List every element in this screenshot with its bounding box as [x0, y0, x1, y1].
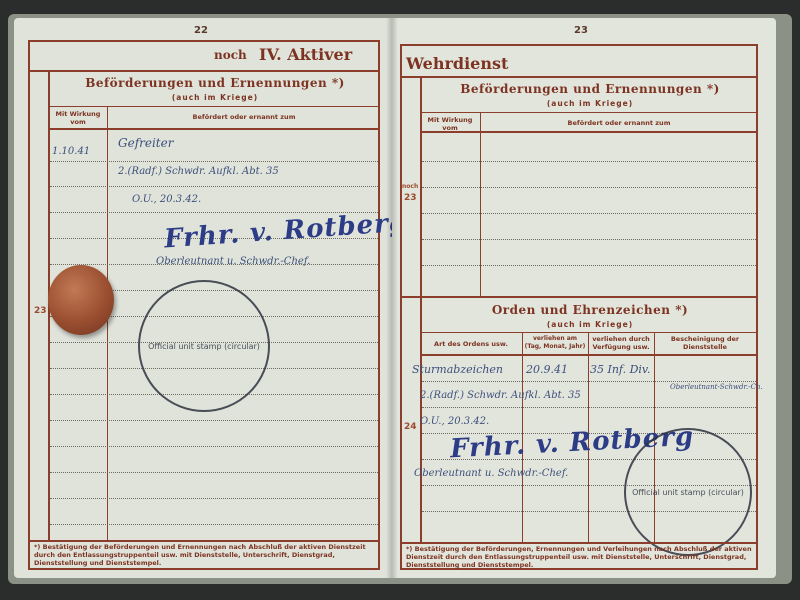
- column-line: [480, 112, 481, 296]
- award-unit: 2.(Radf.) Schwdr. Aufkl. Abt. 35: [420, 390, 581, 401]
- page-number: 22: [194, 25, 208, 36]
- footnote: *) Bestätigung der Beförderungen, Ernenn…: [406, 545, 754, 569]
- divider: [420, 131, 758, 133]
- column-header-date: Mit Wirkung vom: [422, 116, 478, 132]
- ruled-line: [50, 472, 378, 473]
- ruled-line: [422, 187, 756, 188]
- divider: [48, 128, 380, 130]
- ruled-line: [50, 161, 378, 162]
- row-number: 24: [404, 422, 417, 432]
- ruled-line: [50, 186, 378, 187]
- stamp-label: Official unit stamp (circular): [632, 488, 744, 497]
- divider: [48, 106, 380, 107]
- section-title: Beförderungen und Ernennungen *): [50, 76, 380, 90]
- stamp-label: Official unit stamp (circular): [148, 342, 260, 351]
- ruled-line: [422, 407, 756, 408]
- awards-subtitle: (auch im Kriege): [422, 320, 758, 329]
- column-header-certification: Bescheinigung der Dienststelle: [656, 335, 754, 351]
- column-header-by: verliehen durch Verfügung usw.: [590, 335, 652, 351]
- coin: [48, 265, 114, 335]
- entry-date: 1.10.41: [52, 146, 90, 157]
- column-header-rank: Befördert oder ernannt zum: [110, 113, 378, 121]
- entry-unit: 2.(Radf.) Schwdr. Aufkl. Abt. 35: [118, 166, 279, 177]
- award-date: 20.9.41: [526, 363, 568, 376]
- ruled-line: [422, 213, 756, 214]
- entry-place-date: O.U., 20.3.42.: [132, 194, 201, 205]
- row-number: 23: [404, 193, 417, 203]
- divider: [28, 70, 380, 72]
- ruled-line: [422, 381, 756, 382]
- award-by: 35 Inf. Div.: [590, 363, 650, 376]
- footnote: *) Bestätigung der Beförderungen und Ern…: [34, 543, 374, 567]
- ruled-line: [50, 420, 378, 421]
- divider: [28, 540, 380, 542]
- column-header-award: Art des Ordens usw.: [422, 340, 520, 348]
- signer-title: Oberleutnant u. Schwdr.-Chef.: [156, 256, 310, 267]
- ruled-line: [422, 161, 756, 162]
- ruled-line: [422, 265, 756, 266]
- header-prefix: noch: [214, 48, 247, 62]
- divider: [400, 296, 758, 298]
- promotions-title: Beförderungen und Ernennungen *): [422, 82, 758, 96]
- awards-title: Orden und Ehrenzeichen *): [422, 303, 758, 317]
- entry-rank: Gefreiter: [118, 136, 173, 150]
- signer-title: Oberleutnant u. Schwdr.-Chef.: [414, 468, 568, 479]
- divider: [420, 354, 758, 356]
- ruled-line: [50, 524, 378, 525]
- award-place-date: O.U., 20.3.42.: [420, 416, 489, 427]
- divider: [420, 332, 758, 333]
- column-header-date: verliehen am (Tag, Monat, Jahr): [524, 335, 586, 351]
- book-gutter: [386, 18, 398, 578]
- column-header-date: Mit Wirkung vom: [50, 110, 106, 126]
- column-header-rank: Befördert oder ernannt zum: [482, 119, 756, 127]
- page-number: 23: [574, 25, 588, 36]
- ruled-line: [50, 446, 378, 447]
- promotions-subtitle: (auch im Kriege): [422, 99, 758, 108]
- award-certification: Oberleutnant-Schwdr.-Ch.: [670, 383, 763, 391]
- section-subtitle: (auch im Kriege): [50, 93, 380, 102]
- official-stamp: Official unit stamp (circular): [138, 280, 270, 412]
- header-title: Wehrdienst: [406, 54, 508, 73]
- column-line: [107, 106, 108, 540]
- divider: [400, 542, 758, 544]
- divider: [420, 112, 758, 113]
- award-name: Sturmabzeichen: [412, 363, 503, 376]
- row-prefix: noch: [402, 183, 418, 190]
- ruled-line: [422, 239, 756, 240]
- ruled-line: [50, 498, 378, 499]
- official-stamp: Official unit stamp (circular): [624, 428, 752, 556]
- row-number: 23: [34, 306, 47, 316]
- divider: [400, 76, 758, 78]
- header-title: IV. Aktiver: [259, 45, 352, 64]
- right-page: 23 Wehrdienst Beförderungen und Ernennun…: [392, 18, 776, 578]
